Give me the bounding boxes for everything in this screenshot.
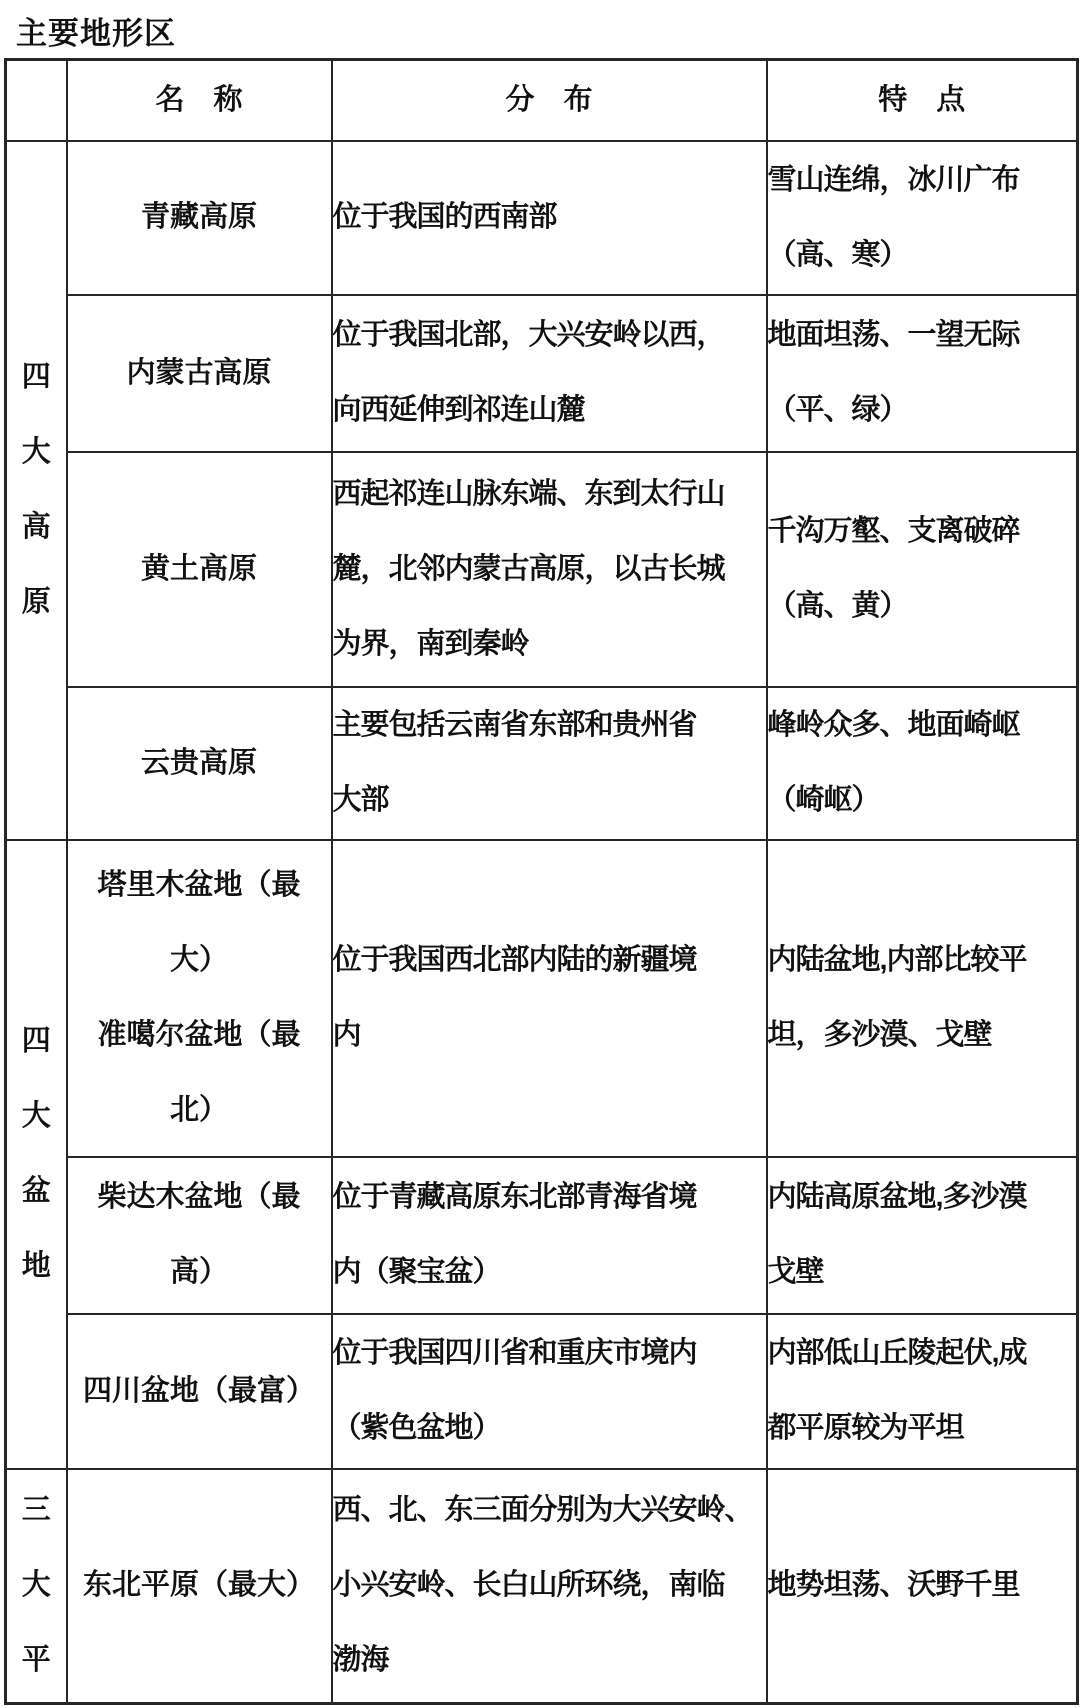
cell-feature: 内陆盆地,内部比较平 坦，多沙漠、戈壁 xyxy=(767,840,1078,1157)
table-row: 四 大 高 原 青藏高原 位于我国的西南部 雪山连绵，冰川广布 （高、寒） xyxy=(6,141,1078,295)
cell-feature: 雪山连绵，冰川广布 （高、寒） xyxy=(767,141,1078,295)
header-name: 名 称 xyxy=(67,60,332,141)
table-row: 云贵高原 主要包括云南省东部和贵州省 大部 峰岭众多、地面崎岖 （崎岖） xyxy=(6,687,1078,840)
page-title: 主要地形区 xyxy=(0,0,1080,58)
cell-name: 塔里木盆地（最 大） 准噶尔盆地（最 北） xyxy=(67,840,332,1157)
cell-name: 东北平原（最大） xyxy=(67,1469,332,1704)
cell-distribution: 西起祁连山脉东端、东到太行山 麓，北邻内蒙古高原，以古长城 为界，南到秦岭 xyxy=(332,452,767,687)
header-feature: 特 点 xyxy=(767,60,1078,141)
table-row: 三 大 平 东北平原（最大） 西、北、东三面分别为大兴安岭、 小兴安岭、长白山所… xyxy=(6,1469,1078,1704)
table-row: 四川盆地（最富） 位于我国四川省和重庆市境内 （紫色盆地） 内部低山丘陵起伏,成… xyxy=(6,1314,1078,1469)
header-corner-cell xyxy=(6,60,67,141)
cell-feature: 地面坦荡、一望无际 （平、绿） xyxy=(767,295,1078,452)
cell-feature: 内陆高原盆地,多沙漠 戈壁 xyxy=(767,1157,1078,1314)
cell-distribution: 位于我国西北部内陆的新疆境 内 xyxy=(332,840,767,1157)
table-row: 柴达木盆地（最 高） 位于青藏高原东北部青海省境 内（聚宝盆） 内陆高原盆地,多… xyxy=(6,1157,1078,1314)
cell-feature: 千沟万壑、支离破碎 （高、黄） xyxy=(767,452,1078,687)
cell-name: 青藏高原 xyxy=(67,141,332,295)
cell-distribution: 位于青藏高原东北部青海省境 内（聚宝盆） xyxy=(332,1157,767,1314)
table-row: 黄土高原 西起祁连山脉东端、东到太行山 麓，北邻内蒙古高原，以古长城 为界，南到… xyxy=(6,452,1078,687)
group-label-four-basins: 四 大 盆 地 xyxy=(6,840,67,1469)
group-label-three-plains: 三 大 平 xyxy=(6,1469,67,1704)
header-distribution: 分 布 xyxy=(332,60,767,141)
cell-distribution: 主要包括云南省东部和贵州省 大部 xyxy=(332,687,767,840)
cell-feature: 地势坦荡、沃野千里 xyxy=(767,1469,1078,1704)
cell-name: 黄土高原 xyxy=(67,452,332,687)
cell-feature: 内部低山丘陵起伏,成 都平原较为平坦 xyxy=(767,1314,1078,1469)
table-row: 内蒙古高原 位于我国北部，大兴安岭以西， 向西延伸到祁连山麓 地面坦荡、一望无际… xyxy=(6,295,1078,452)
cell-name: 四川盆地（最富） xyxy=(67,1314,332,1469)
landform-table: 名 称 分 布 特 点 四 大 高 原 青藏高原 位于我国的西南部 雪山连绵，冰… xyxy=(4,58,1079,1705)
cell-name: 内蒙古高原 xyxy=(67,295,332,452)
cell-distribution: 西、北、东三面分别为大兴安岭、 小兴安岭、长白山所环绕，南临 渤海 xyxy=(332,1469,767,1704)
cell-feature: 峰岭众多、地面崎岖 （崎岖） xyxy=(767,687,1078,840)
cell-distribution: 位于我国四川省和重庆市境内 （紫色盆地） xyxy=(332,1314,767,1469)
table-row: 四 大 盆 地 塔里木盆地（最 大） 准噶尔盆地（最 北） 位于我国西北部内陆的… xyxy=(6,840,1078,1157)
cell-distribution: 位于我国北部，大兴安岭以西， 向西延伸到祁连山麓 xyxy=(332,295,767,452)
cell-distribution: 位于我国的西南部 xyxy=(332,141,767,295)
cell-name: 云贵高原 xyxy=(67,687,332,840)
header-row: 名 称 分 布 特 点 xyxy=(6,60,1078,141)
group-label-four-plateaus: 四 大 高 原 xyxy=(6,141,67,840)
cell-name: 柴达木盆地（最 高） xyxy=(67,1157,332,1314)
